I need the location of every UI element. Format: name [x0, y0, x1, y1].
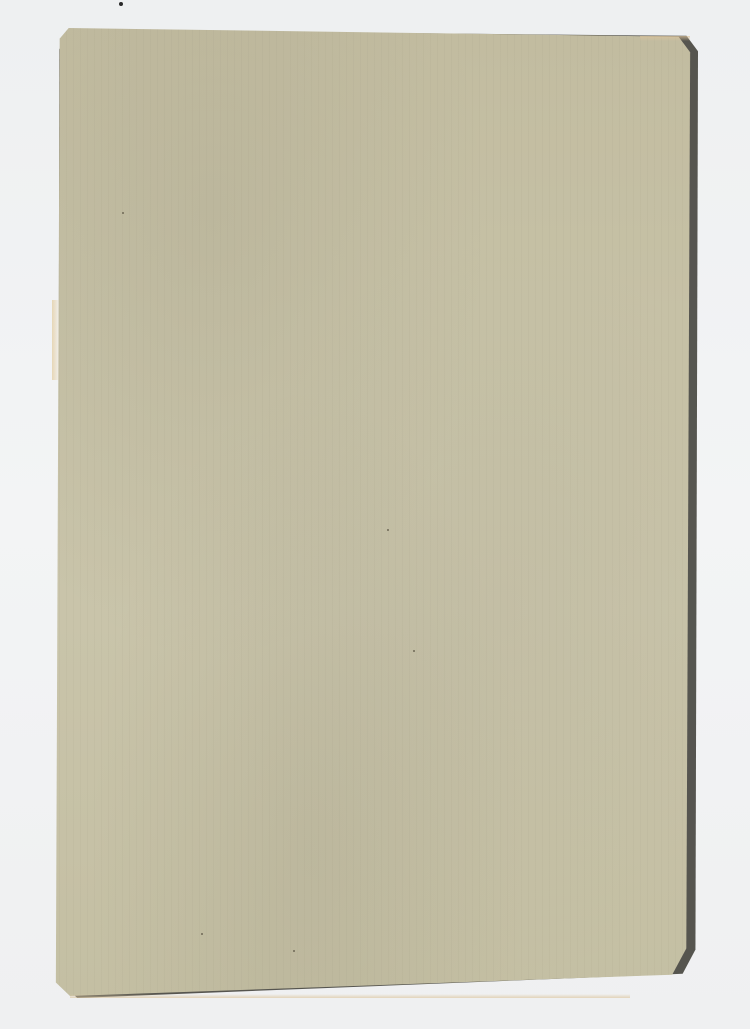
paper-speck	[201, 933, 203, 935]
paper-speck	[122, 212, 124, 214]
paper-speck	[413, 650, 415, 652]
blank-card	[52, 28, 694, 998]
photo-scene	[0, 0, 750, 1029]
card-edge-wear-top	[640, 36, 690, 41]
paper-speck	[293, 950, 295, 952]
paper-speck	[387, 529, 389, 531]
card-edge-wear-left	[52, 300, 60, 380]
dust-speck	[119, 2, 123, 6]
card-edge-wear-bottom	[70, 994, 630, 998]
